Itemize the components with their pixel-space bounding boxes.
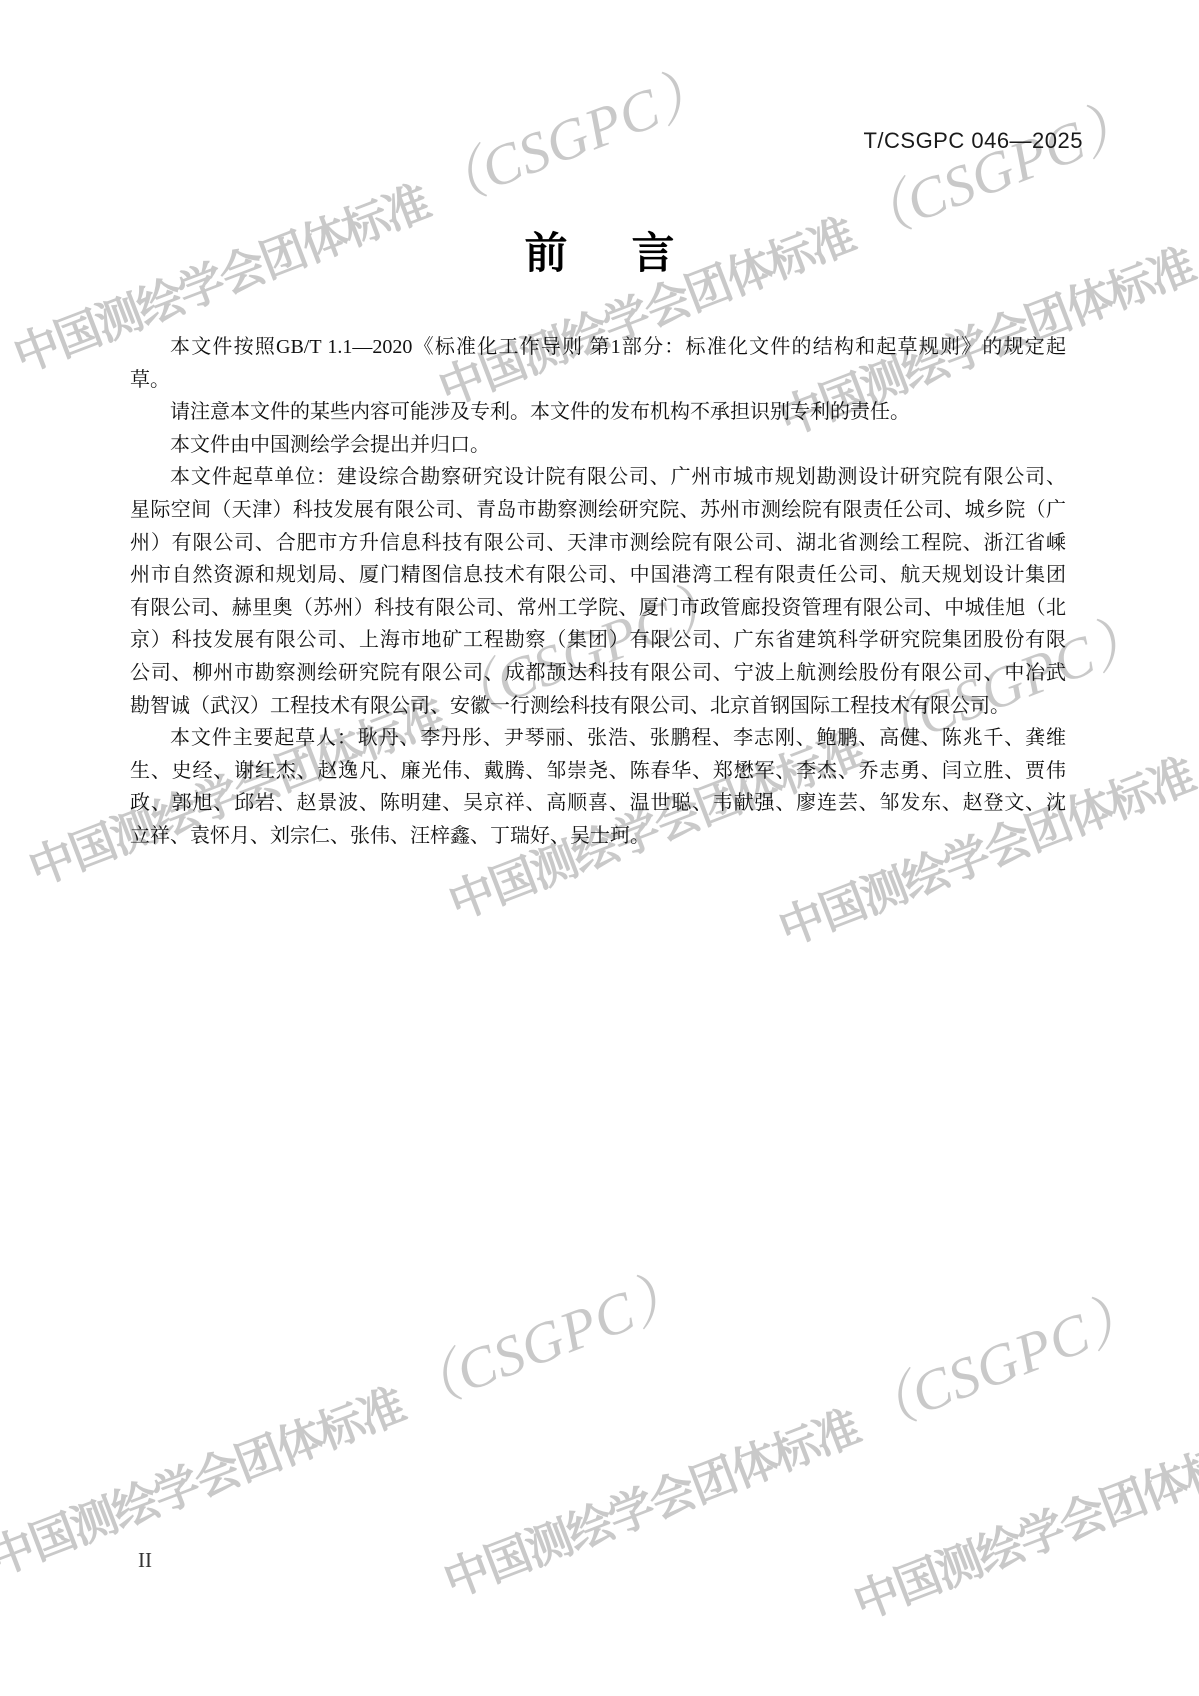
foreword-line: 本文件起草单位：建设综合勘察研究设计院有限公司、广州市城市规划勘测设计研究院有限… <box>130 461 1066 494</box>
document-page: 中国测绘学会团体标准（CSGPC） 中国测绘学会团体标准（CSGPC） 中国测绘… <box>0 0 1199 1696</box>
foreword-line: 州）有限公司、合肥市方升信息科技有限公司、天津市测绘院有限公司、湖北省测绘工程院… <box>130 527 1066 560</box>
standard-code: T/CSGPC 046—2025 <box>0 128 1083 154</box>
foreword-line: 公司、柳州市勘察测绘研究院有限公司、成都颉达科技有限公司、宁波上航测绘股份有限公… <box>130 657 1066 690</box>
title-char-1: 前 <box>525 220 568 281</box>
foreword-line: 立祥、袁怀月、刘宗仁、张伟、汪梓鑫、丁瑞好、吴士珂。 <box>130 820 1066 853</box>
foreword-line: 本文件按照GB/T 1.1—2020《标准化工作导则 第1部分：标准化文件的结构… <box>130 331 1066 364</box>
foreword-line: 州市自然资源和规划局、厦门精图信息技术有限公司、中国港湾工程有限责任公司、航天规… <box>130 559 1066 592</box>
foreword-line: 有限公司、赫里奥（苏州）科技有限公司、常州工学院、厦门市政管廊投资管理有限公司、… <box>130 592 1066 625</box>
foreword-line: 勘智诚（武汉）工程技术有限公司、安徽一行测绘科技有限公司、北京首钢国际工程技术有… <box>130 690 1066 723</box>
title-char-2: 言 <box>632 220 675 281</box>
foreword-line: 请注意本文件的某些内容可能涉及专利。本文件的发布机构不承担识别专利的责任。 <box>130 396 1066 429</box>
foreword-line: 星际空间（天津）科技发展有限公司、青岛市勘察测绘研究院、苏州市测绘院有限责任公司… <box>130 494 1066 527</box>
foreword-line: 本文件主要起草人：耿丹、李丹彤、尹琴丽、张浩、张鹏程、李志刚、鲍鹏、高健、陈兆千… <box>130 722 1066 755</box>
foreword-line: 京）科技发展有限公司、上海市地矿工程勘察（集团）有限公司、广东省建筑科学研究院集… <box>130 624 1066 657</box>
page-number: II <box>138 1548 152 1573</box>
page-title: 前 言 <box>0 220 1199 281</box>
page-content: T/CSGPC 046—2025 前 言 本文件按照GB/T 1.1—2020《… <box>0 0 1199 1696</box>
foreword-body: 本文件按照GB/T 1.1—2020《标准化工作导则 第1部分：标准化文件的结构… <box>130 331 1066 853</box>
foreword-line: 草。 <box>130 364 1066 397</box>
foreword-line: 本文件由中国测绘学会提出并归口。 <box>130 429 1066 462</box>
foreword-line: 政、郭旭、邱岩、赵景波、陈明建、吴京祥、高顺喜、温世聪、韦献强、廖连芸、邹发东、… <box>130 787 1066 820</box>
foreword-line: 生、史经、谢红杰、赵逸凡、廉光伟、戴腾、邹崇尧、陈春华、郑懋军、李杰、乔志勇、闫… <box>130 755 1066 788</box>
